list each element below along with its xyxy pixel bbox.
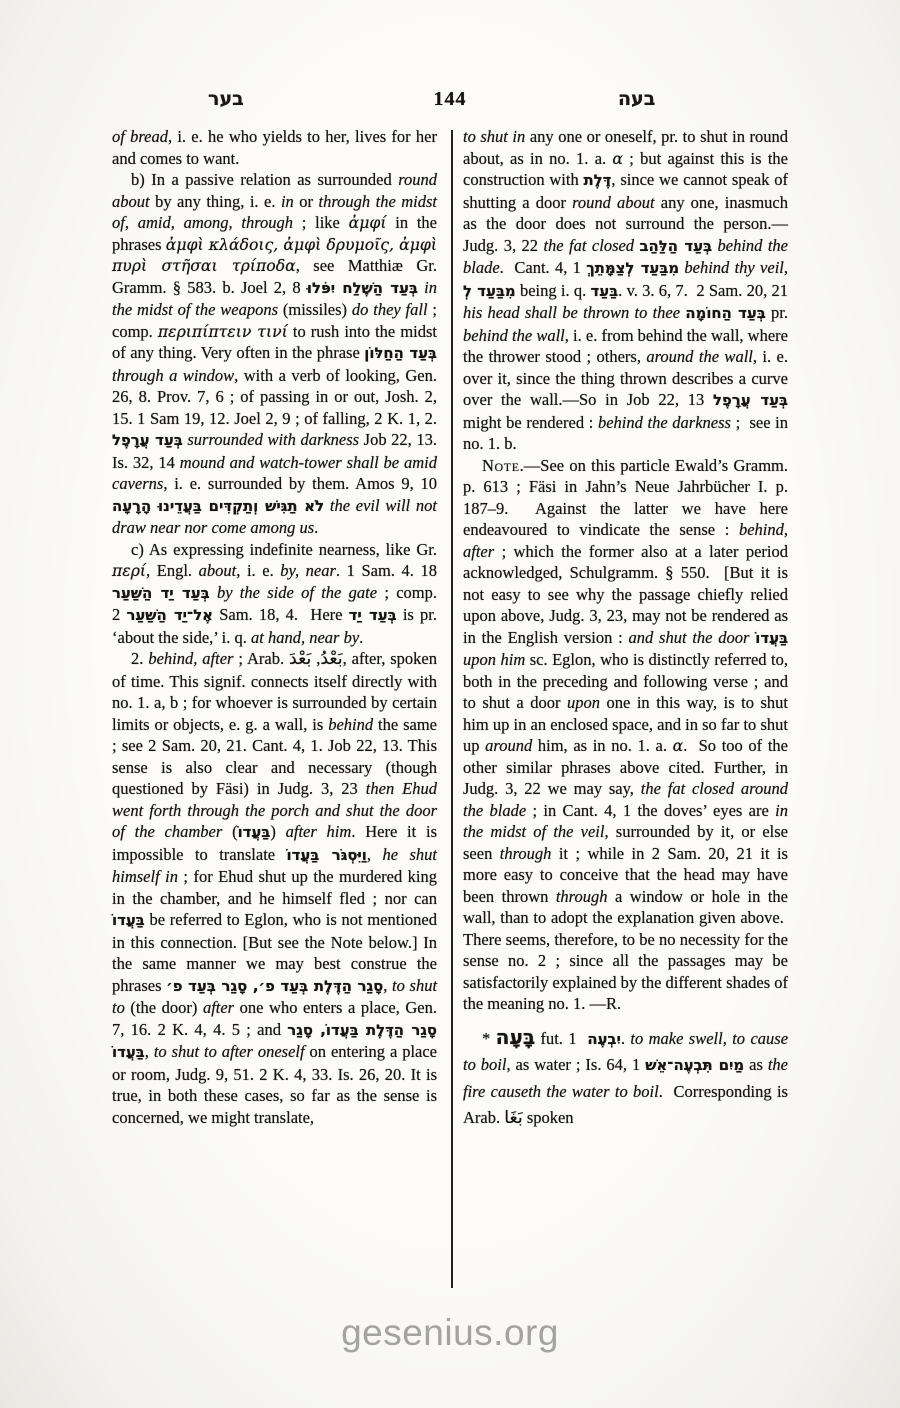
left-column: of bread, i. e. he who yields to her, li… (112, 126, 437, 1128)
continuation-paragraph: of bread, i. e. he who yields to her, li… (112, 126, 437, 169)
sense-c-paragraph: c) As expressing indefinite nearness, li… (112, 539, 437, 649)
text-columns: of bread, i. e. he who yields to her, li… (112, 126, 788, 1296)
sense-2-paragraph: 2. behind, after ; Arab. بَعْدُ, بَعْدَ,… (112, 648, 437, 1128)
page-number: 144 (0, 88, 900, 111)
page-header: בער 144 בעה (0, 88, 900, 118)
scanned-lexicon-page: בער 144 בעה of bread, i. e. he who yield… (0, 0, 900, 1408)
column-divider-rule (451, 130, 453, 1288)
watermark: gesenius.org (0, 1312, 900, 1354)
right-column: to shut in any one or oneself, pr. to sh… (463, 126, 788, 1132)
note-paragraph: Note.—See on this particle Ewald’s Gramm… (463, 455, 788, 1015)
header-catchword-right: בעה (618, 88, 655, 110)
sense-b-paragraph: b) In a passive relation as surrounded r… (112, 169, 437, 539)
continuation-paragraph: to shut in any one or oneself, pr. to sh… (463, 126, 788, 455)
entry-baah-paragraph: * בָּעָה fut. יִבְעֶה 1. to make swell, … (463, 1024, 788, 1132)
